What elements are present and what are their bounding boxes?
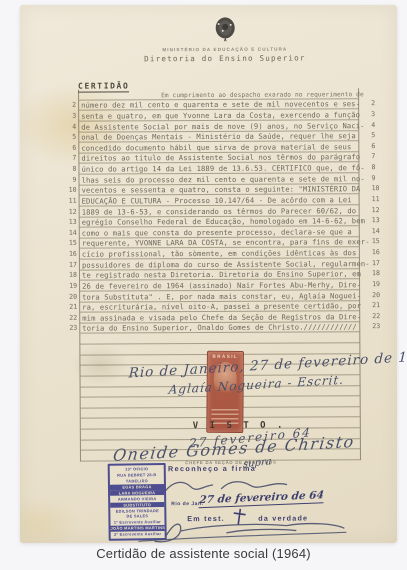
line-number-left: 6 xyxy=(65,143,76,151)
line-number-right: 2 xyxy=(371,99,375,107)
line-number-right: 23 xyxy=(372,322,380,330)
line-number-right: 6 xyxy=(371,142,375,150)
line-text: vecentos e sessenta e quatro, consta o s… xyxy=(82,184,361,194)
line-number-right: 5 xyxy=(371,131,375,139)
line-text: possuidores de diploma do curso de Assis… xyxy=(82,259,370,270)
line-number-right: 9 xyxy=(371,174,375,182)
line-text: senta e quatro, em que Yvonne Lara da Co… xyxy=(81,110,360,120)
line-number-left: 18 xyxy=(66,271,77,279)
line-text: 26 de fevereiro de 1964 (assinado) Nair … xyxy=(82,280,361,290)
line-text: de Assistente Social por mais de nove (9… xyxy=(81,121,364,131)
line-text: onal de Doenças Mentais - Ministério da … xyxy=(81,131,356,141)
line-text: te registrado nesta Diretoria. Diretoria… xyxy=(82,269,361,279)
line-number-right: 7 xyxy=(371,152,375,160)
line-text: como o mais que consta do presente proce… xyxy=(82,227,352,237)
certificate-page: MINISTÉRIO DA EDUCAÇÃO E CULTURA Diretor… xyxy=(19,4,399,544)
line-number-right: 19 xyxy=(372,280,380,288)
line-number-left: 3 xyxy=(65,112,76,120)
line-number-left: 4 xyxy=(65,122,76,130)
line-number-right: 10 xyxy=(372,184,380,192)
line-number-right: 15 xyxy=(372,237,380,245)
line-number-left: 20 xyxy=(66,292,77,300)
line-number-left: 5 xyxy=(65,133,76,141)
directorate-name: Diretoria do Ensino Superior xyxy=(115,53,335,63)
line-number-right: 8 xyxy=(371,163,375,171)
line-text: lhas seis do processo dez mil cento e qu… xyxy=(81,174,364,184)
line-number-right: 3 xyxy=(371,110,375,118)
intro-text: Em cumprimento ao despacho exarado no re… xyxy=(161,91,364,99)
line-number-left: 16 xyxy=(66,250,77,258)
line-number-left: 7 xyxy=(65,154,76,162)
line-number-left: 13 xyxy=(66,218,77,226)
line-number-left: 14 xyxy=(66,228,77,236)
line-text: toria do Ensino Superior, Onaldo Gomes d… xyxy=(82,323,357,333)
line-text: concedido documento hábil que sirva de p… xyxy=(81,142,351,152)
line-text: EDUCAÇÃO E CULTURA - Processo 10.147/64 … xyxy=(82,195,352,205)
line-number-left: 8 xyxy=(65,165,76,173)
line-text: único do artigo 14 da Lei 1889 de 13.6.5… xyxy=(81,163,364,173)
line-number-left: 9 xyxy=(65,175,76,183)
line-number-left: 17 xyxy=(66,260,77,268)
line-text: egrégio Conselho Federal de Educação, ho… xyxy=(82,216,365,226)
line-text: 1889 de 13-6-53, e considerando os têrmo… xyxy=(82,206,357,216)
line-number-right: 21 xyxy=(372,301,380,309)
line-number-right: 17 xyxy=(372,259,380,267)
line-number-left: 12 xyxy=(66,207,77,215)
line-text: tora Substituta" . E, por nada mais cons… xyxy=(82,291,361,301)
line-number-right: 18 xyxy=(372,269,380,277)
line-number-right: 12 xyxy=(372,206,380,214)
line-text: cício profissional, tão sòmente, em cond… xyxy=(82,248,357,258)
line-number-left: 11 xyxy=(66,197,77,205)
line-text: mim assinada e visada pelo Chefe da Seçã… xyxy=(82,312,361,322)
line-number-left: 21 xyxy=(66,303,77,311)
line-number-right: 20 xyxy=(372,291,380,299)
line-number-right: 22 xyxy=(372,312,380,320)
line-text: requerente, YVONNE LARA DA COSTA, se enc… xyxy=(82,238,370,249)
line-number-left: 22 xyxy=(66,313,77,321)
line-number-left: 10 xyxy=(66,186,77,194)
ministry-name: MINISTÉRIO DA EDUCAÇÃO E CULTURA xyxy=(115,46,335,52)
line-text: número dez mil cento e quarenta e sete d… xyxy=(81,99,360,109)
line-number-right: 14 xyxy=(372,227,380,235)
line-number-right: 4 xyxy=(371,121,375,129)
signature-scribble-2 xyxy=(136,516,351,545)
line-number-left: 2 xyxy=(65,101,76,109)
line-text: ra, escriturária, nível oito-A, passei a… xyxy=(82,301,361,311)
document-photo: MINISTÉRIO DA EDUCAÇÃO E CULTURA Diretor… xyxy=(20,5,397,543)
recognize-firma-handwritten: supra xyxy=(243,456,272,470)
line-number-right: 13 xyxy=(372,216,380,224)
line-text: direitos ao título de Assistente Social … xyxy=(81,153,360,163)
line-number-right: 16 xyxy=(372,248,380,256)
coat-of-arms-icon xyxy=(214,17,237,43)
line-number-left: 15 xyxy=(66,239,77,247)
photo-caption: Certidão de assistente social (1964) xyxy=(0,546,407,561)
line-number-left: 19 xyxy=(66,282,77,290)
line-number-right: 11 xyxy=(372,195,380,203)
line-number-left: 23 xyxy=(66,324,77,332)
